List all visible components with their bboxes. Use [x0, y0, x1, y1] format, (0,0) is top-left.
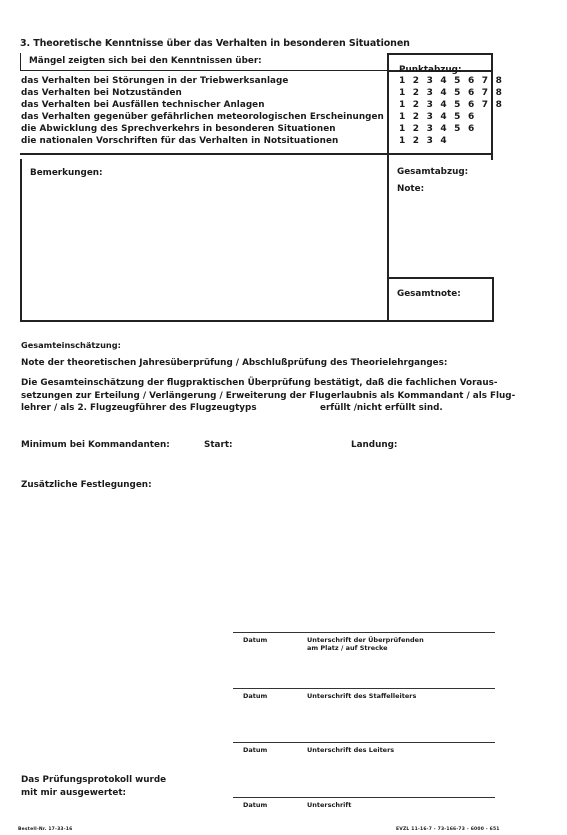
minimum-label: Minimum bei Kommandanten: — [21, 440, 170, 450]
table-row-points[interactable]: 1 2 3 4 5 6 7 8 — [399, 76, 504, 86]
date-label: Datum — [243, 801, 267, 809]
squadron-leader-signature-label: Unterschrift des Staffelleiters — [307, 692, 416, 700]
landing-label: Landung: — [351, 440, 397, 450]
total-deduction-label: Gesamtabzug: — [397, 167, 468, 177]
table-row-points[interactable]: 1 2 3 4 5 6 7 8 — [399, 88, 504, 98]
rows-bottom-line — [20, 153, 493, 155]
evaluation-line-1: Das Prüfungsprotokoll wurde — [21, 774, 166, 787]
signature-line-squadron-leader[interactable] — [233, 688, 495, 689]
theory-grade-line: Note der theoretischen Jahresüberprüfung… — [21, 358, 447, 368]
remarks-label: Bemerkungen: — [30, 168, 103, 178]
points-deduction-label: Punktabzug: — [399, 65, 461, 75]
table-row: die Abwicklung des Sprechverkehrs in bes… — [21, 124, 336, 134]
signature-line-head[interactable] — [233, 742, 495, 743]
signature-line-examiner[interactable] — [233, 632, 495, 633]
grade-box-top — [387, 277, 493, 279]
date-label: Datum — [243, 636, 267, 644]
date-label: Datum — [243, 692, 267, 700]
table-row: die nationalen Vorschriften für das Verh… — [21, 136, 338, 146]
evaluation-statement: Das Prüfungsprotokoll wurde mit mir ausg… — [21, 774, 166, 800]
table-row-points[interactable]: 1 2 3 4 5 6 — [399, 124, 476, 134]
table-row: das Verhalten bei Notzuständen — [21, 88, 182, 98]
evaluation-line-2: mit mir ausgewertet: — [21, 787, 166, 800]
date-label: Datum — [243, 746, 267, 754]
paragraph-line-2: setzungen zur Erteilung / Verlängerung /… — [21, 390, 541, 403]
signature-label-line-1: Unterschrift der Überprüfenden — [307, 636, 424, 644]
candidate-signature-label: Unterschrift — [307, 801, 351, 809]
table-header-left-label: Mängel zeigten sich bei den Kenntnissen … — [29, 56, 262, 66]
additional-label: Zusätzliche Festlegungen: — [21, 480, 152, 490]
table-row: das Verhalten bei Störungen in der Trieb… — [21, 76, 288, 86]
grade-box-right-border — [492, 277, 494, 321]
assessment-paragraph: Die Gesamteinschätzung der flugpraktisch… — [21, 377, 541, 415]
header-right-topline — [387, 53, 493, 55]
fulfilled-not-fulfilled: erfüllt /nicht erfüllt sind. — [320, 402, 443, 415]
start-label: Start: — [204, 440, 233, 450]
grade-label: Note: — [397, 184, 424, 194]
head-signature-label: Unterschrift des Leiters — [307, 746, 394, 754]
table-row: das Verhalten bei Ausfällen technischer … — [21, 100, 265, 110]
paragraph-line-1: Die Gesamteinschätzung der flugpraktisch… — [21, 377, 541, 390]
table-header-right: Punktabzug: — [399, 57, 461, 76]
remarks-right-divider — [387, 159, 389, 321]
order-number: Bestell-Nr. 17-33-16 — [18, 827, 72, 832]
signature-line-candidate[interactable] — [233, 797, 495, 798]
overall-grade-label: Gesamtnote: — [397, 289, 461, 299]
remarks-left-border — [20, 159, 22, 321]
section-title: 3. Theoretische Kenntnisse über das Verh… — [20, 38, 410, 49]
assessment-heading: Gesamteinschätzung: — [21, 340, 121, 350]
remarks-bottom-border — [20, 320, 494, 322]
remarks-field[interactable] — [24, 182, 384, 316]
examiner-signature-label: Unterschrift der Überprüfenden am Platz … — [307, 636, 424, 652]
paragraph-line-3a: lehrer / als 2. Flugzeugführer des Flugz… — [21, 403, 257, 413]
print-code: EVZL 11-16-7 - 73-166-73 - 6000 - 651 — [396, 827, 500, 832]
table-row-points[interactable]: 1 2 3 4 5 6 7 8 — [399, 100, 504, 110]
table-row: das Verhalten gegenüber gefährlichen met… — [21, 112, 384, 122]
signature-label-line-2: am Platz / auf Strecke — [307, 644, 424, 652]
table-row-points[interactable]: 1 2 3 4 — [399, 136, 449, 146]
table-header-left: Mängel zeigten sich bei den Kenntnissen … — [20, 53, 387, 71]
table-row-points[interactable]: 1 2 3 4 5 6 — [399, 112, 476, 122]
